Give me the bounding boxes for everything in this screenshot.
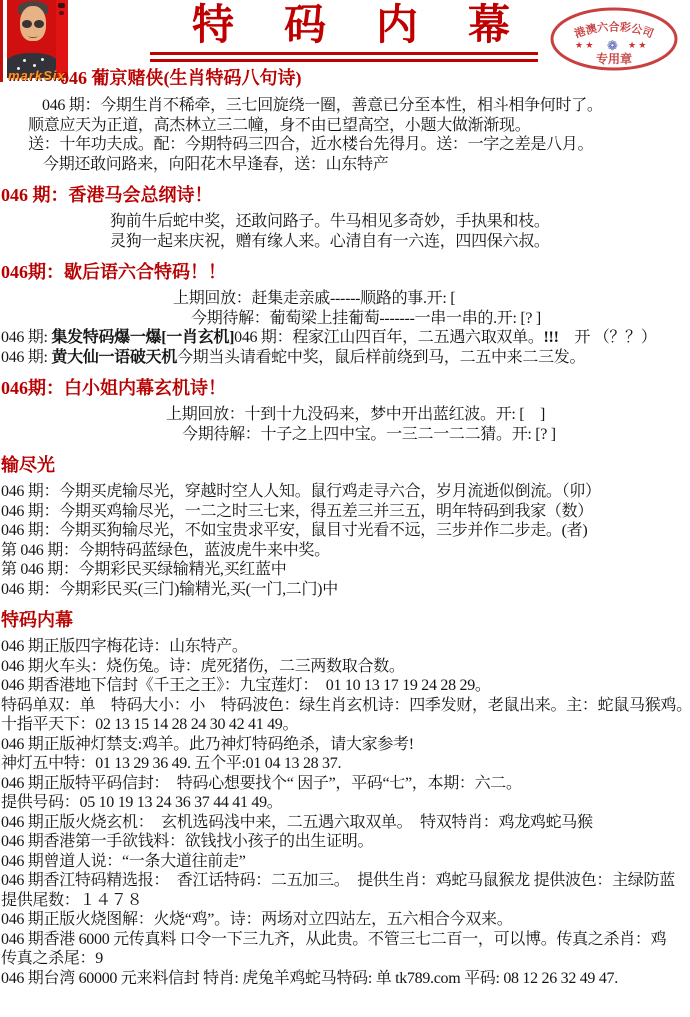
- text-segment: 今期当头请看蛇中奖，鼠后样前绕到马，二五中来二三发。: [177, 349, 585, 366]
- text-line: 今期还敢问路来，向阳花木早逢春，送：山东特产: [43, 155, 690, 175]
- strip-mark: [58, 3, 65, 8]
- photo-mouth-shape: [28, 34, 38, 38]
- sunglasses-icon: [34, 20, 44, 28]
- text-segment: 046 期：程家江山四百年，二五遇六取双单。: [234, 329, 543, 346]
- text-line: 046 期香港第一手欲钱料：欲钱找小孩子的出生证明。: [1, 832, 690, 852]
- text-segment: 046 期香港第一手欲钱料：欲钱找小孩子的出生证明。: [1, 833, 373, 850]
- strip-mark: [59, 11, 64, 15]
- text-line: 特码单双：单 特码大小：小 特码波色：绿生肖玄机诗：四季发财，老鼠出来。主：蛇鼠…: [1, 696, 690, 716]
- text-line: 046 期：今期买狗输尽光，不如宝贵求平安，鼠目寸光看不远，三步并作二步走。(者…: [1, 521, 690, 541]
- text-line: 顺意应天为正道，高杰林立三二幢，身不由已望高空，小题大做渐渐现。: [28, 116, 690, 136]
- text-segment: 狗前牛后蛇中奖，还敢问路子。牛马相见多奇妙，手执果和枝。: [110, 213, 550, 230]
- page: { "header": { "title": "特码内幕", "issue_he…: [0, 0, 690, 1017]
- text-segment: 046 期:: [1, 329, 51, 346]
- text-segment: 046 期香江特码精选报： 香江话特码：二五加三。 提供生肖：鸡蛇马鼠猴龙 提供…: [1, 872, 675, 889]
- content-flow: 046 期：今期生肖不稀牵，三七回旋绕一圈，善意已分至本性，相斗相争何时了。顺意…: [0, 94, 690, 988]
- text-segment-bold: 黄大仙一语破天机: [51, 349, 177, 366]
- text-segment: 046 期：今期买狗输尽光，不如宝贵求平安，鼠目寸光看不远，三步并作二步走。(者…: [1, 522, 587, 539]
- clothing-dot: [41, 58, 44, 61]
- text-line: 046 期曾道人说：“一条大道往前走”: [1, 852, 690, 872]
- section-heading: 046期：歇后语六合特码！！: [1, 262, 690, 282]
- text-segment: 046 期正版火烧玄机： 玄机选码浅中来，二五遇六取双单。 特双特肖：鸡龙鸡蛇马…: [1, 814, 593, 831]
- section-heading: 046 期：香港马会总纲诗！: [1, 185, 690, 205]
- company-seal-icon: 港澳六合彩公司 ★ ★ ❁ ★ ★ 专用章: [548, 6, 680, 72]
- section-heading-issue: 046 葡京赌侠(生肖特码八句诗): [60, 64, 302, 90]
- text-line: 046 期正版火烧图解：火烧“鸡”。诗：两场对立四站左，五六相合今双来。: [1, 910, 690, 930]
- text-segment: 特码单双：单 特码大小：小 特码波色：绿生肖玄机诗：四季发财，老鼠出来。主：蛇鼠…: [1, 697, 690, 714]
- text-line: 十指平天下：02 13 15 14 28 24 30 42 41 49。: [1, 715, 690, 735]
- text-line: 046 期火车头：烧伤兔。诗：虎死猪伤，二三两数取合数。: [1, 657, 690, 677]
- clothing-dot: [23, 59, 26, 62]
- seal-bottom-text: 专用章: [596, 51, 632, 66]
- text-segment: 046 期：今期买鸡输尽光，一二之时三七来，得五差三并三五，明年特码到我家（数）: [1, 503, 593, 520]
- section-heading: 046期：白小姐内幕玄机诗！: [1, 378, 690, 398]
- text-line: 送：十年功夫成。配：今期特码三四合，近水楼台先得月。送：一字之差是八月。: [28, 135, 690, 155]
- text-segment: 046 期正版神灯禁支:鸡羊。此乃神灯特码绝杀，请大家参考!: [1, 736, 414, 753]
- text-segment: 046 期正版火烧图解：火烧“鸡”。诗：两场对立四站左，五六相合今双来。: [1, 911, 512, 928]
- text-segment: 提供号码：05 10 19 13 24 36 37 44 41 49。: [1, 794, 283, 811]
- seal-stars-right: ★ ★: [628, 40, 646, 50]
- seal-stars-left: ★ ★: [575, 40, 593, 50]
- text-segment: 046 期台湾 60000 元来料信封 特肖: 虎兔羊鸡蛇马特码: 单 tk78…: [1, 970, 618, 987]
- text-line: 046 期: 黄大仙一语破天机今期当头请看蛇中奖，鼠后样前绕到马，二五中来二三发…: [1, 348, 690, 368]
- text-line: 046 期台湾 60000 元来料信封 特肖: 虎兔羊鸡蛇马特码: 单 tk78…: [1, 969, 690, 989]
- svg-text:★ ★ ❁ ★ ★: ★ ★ ❁ ★ ★: [575, 38, 646, 53]
- text-line: 第 046 期：今期特码蓝绿色，蓝波虎牛来中奖。: [1, 541, 690, 561]
- sunglasses-icon: [22, 20, 32, 28]
- publisher-photo: [7, 0, 68, 78]
- text-line: 第 046 期：今期彩民买绿输精光,买红蓝中: [1, 560, 690, 580]
- text-segment: 开 （？？）: [559, 329, 657, 346]
- text-segment: 十指平天下：02 13 15 14 28 24 30 42 41 49。: [1, 716, 298, 733]
- left-edge-rule: [0, 0, 3, 82]
- text-segment: 顺意应天为正道，高杰林立三二幢，身不由已望高空，小题大做渐渐现。: [28, 117, 530, 134]
- text-segment: 046 期:: [1, 349, 51, 366]
- text-line: 046 期香江特码精选报： 香江话特码：二五加三。 提供生肖：鸡蛇马鼠猴龙 提供…: [1, 871, 690, 891]
- text-segment: 传真之杀尾：9: [1, 950, 103, 967]
- title-underline: [150, 52, 538, 62]
- text-line: 传真之杀尾：9: [1, 949, 690, 969]
- text-segment: 046 期：今期买虎输尽光，穿越时空人人知。鼠行鸡走寻六合，岁月流逝似倒流。（卯…: [1, 483, 601, 500]
- text-segment: 第 046 期：今期特码蓝绿色，蓝波虎牛来中奖。: [1, 542, 330, 559]
- text-segment: 上期回放：十到十九没码来，梦中开出蓝红波。开: [ ]: [166, 406, 545, 423]
- text-line: 提供尾数：１４７８: [1, 891, 690, 911]
- text-line: 046 期香港 6000 元传真料 口令一下三九齐，从此贵。不管三七二百一，可以…: [1, 930, 690, 950]
- page-title: 特码内幕: [192, 2, 560, 50]
- text-segment-bold: !!!: [544, 329, 559, 346]
- text-line: 046 期正版四字梅花诗：山东特产。: [1, 637, 690, 657]
- text-segment: 046 期香港地下信封《千王之王》：九宝莲灯： 01 10 13 17 19 2…: [1, 677, 491, 694]
- text-segment: 046 期：今期彩民买(三门)输精光,买(一门,二门)中: [1, 581, 338, 598]
- text-segment: 046 期火车头：烧伤兔。诗：虎死猪伤，二三两数取合数。: [1, 658, 405, 675]
- text-line: 今期待解：葡萄梁上挂葡萄-------一串一串的.开: [? ]: [191, 309, 690, 329]
- text-segment: 今期待解：葡萄梁上挂葡萄-------一串一串的.开: [? ]: [191, 310, 541, 327]
- text-line: 046 期：今期买虎输尽光，穿越时空人人知。鼠行鸡走寻六合，岁月流逝似倒流。（卯…: [1, 482, 690, 502]
- text-line: 046 期香港地下信封《千王之王》：九宝莲灯： 01 10 13 17 19 2…: [1, 676, 690, 696]
- section-heading: 特码内幕: [1, 610, 690, 630]
- text-line: 提供号码：05 10 19 13 24 36 37 44 41 49。: [1, 793, 690, 813]
- text-line: 神灯五中特：01 13 29 36 49. 五个平:01 04 13 28 37…: [1, 754, 690, 774]
- text-line: 046 期正版火烧玄机： 玄机选码浅中来，二五遇六取双单。 特双特肖：鸡龙鸡蛇马…: [1, 813, 690, 833]
- seal-flower-icon: ❁: [607, 38, 618, 53]
- clothing-dot: [33, 64, 36, 67]
- text-line: 046 期正版特平码信封： 特码心想要找个“ 因子”，平码“七”，本期：六二。: [1, 774, 690, 794]
- text-line: 046 期：今期买鸡输尽光，一二之时三七来，得五差三并三五，明年特码到我家（数）: [1, 502, 690, 522]
- text-line: 今期待解：十子之上四中宝。一三二一二二猜。开: [? ]: [182, 425, 690, 445]
- text-segment: 046 期曾道人说：“一条大道往前走”: [1, 853, 246, 870]
- text-segment: 提供尾数：１４７８: [1, 892, 142, 909]
- text-segment: 灵狗一起来庆祝，赠有缘人来。心清自有一六连，四四保六叔。: [110, 233, 550, 250]
- text-line: 狗前牛后蛇中奖，还敢问路子。牛马相见多奇妙，手执果和枝。: [110, 212, 690, 232]
- marksix-watermark: markSix: [8, 68, 66, 83]
- text-segment: 046 期：今期生肖不稀牵，三七回旋绕一圈，善意已分至本性，相斗相争何时了。: [42, 97, 603, 114]
- text-segment: 今期还敢问路来，向阳花木早逢春，送：山东特产: [43, 156, 388, 173]
- text-segment: 神灯五中特：01 13 29 36 49. 五个平:01 04 13 28 37…: [1, 755, 341, 772]
- text-line: 046 期正版神灯禁支:鸡羊。此乃神灯特码绝杀，请大家参考!: [1, 735, 690, 755]
- text-line: 046 期：今期生肖不稀牵，三七回旋绕一圈，善意已分至本性，相斗相争何时了。: [42, 96, 690, 116]
- text-segment: 送：十年功夫成。配：今期特码三四合，近水楼台先得月。送：一字之差是八月。: [28, 136, 593, 153]
- text-segment: 046 期香港 6000 元传真料 口令一下三九齐，从此贵。不管三七二百一，可以…: [1, 931, 666, 948]
- text-line: 上期回放：十到十九没码来，梦中开出蓝红波。开: [ ]: [166, 405, 690, 425]
- text-segment-bold: 集发特码爆一爆[一肖玄机]: [51, 329, 234, 346]
- page-header: markSix 特码内幕 046 葡京赌侠(生肖特码八句诗) 港澳六合彩公司 ★…: [0, 0, 690, 94]
- text-segment: 今期待解：十子之上四中宝。一三二一二二猜。开: [? ]: [182, 426, 556, 443]
- section-heading: 输尽光: [1, 455, 690, 475]
- text-segment: 第 046 期：今期彩民买绿输精光,买红蓝中: [1, 561, 286, 578]
- text-line: 上期回放：赶集走亲戚------顺路的事.开: [: [173, 289, 690, 309]
- text-line: 灵狗一起来庆祝，赠有缘人来。心清自有一六连，四四保六叔。: [110, 232, 690, 252]
- text-segment: 046 期正版四字梅花诗：山东特产。: [1, 638, 248, 655]
- text-line: 046 期: 集发特码爆一爆[一肖玄机]046 期：程家江山四百年，二五遇六取双…: [1, 328, 690, 348]
- text-segment: 046 期正版特平码信封： 特码心想要找个“ 因子”，平码“七”，本期：六二。: [1, 775, 522, 792]
- text-segment: 上期回放：赶集走亲戚------顺路的事.开: [: [173, 290, 455, 307]
- text-line: 046 期：今期彩民买(三门)输精光,买(一门,二门)中: [1, 580, 690, 600]
